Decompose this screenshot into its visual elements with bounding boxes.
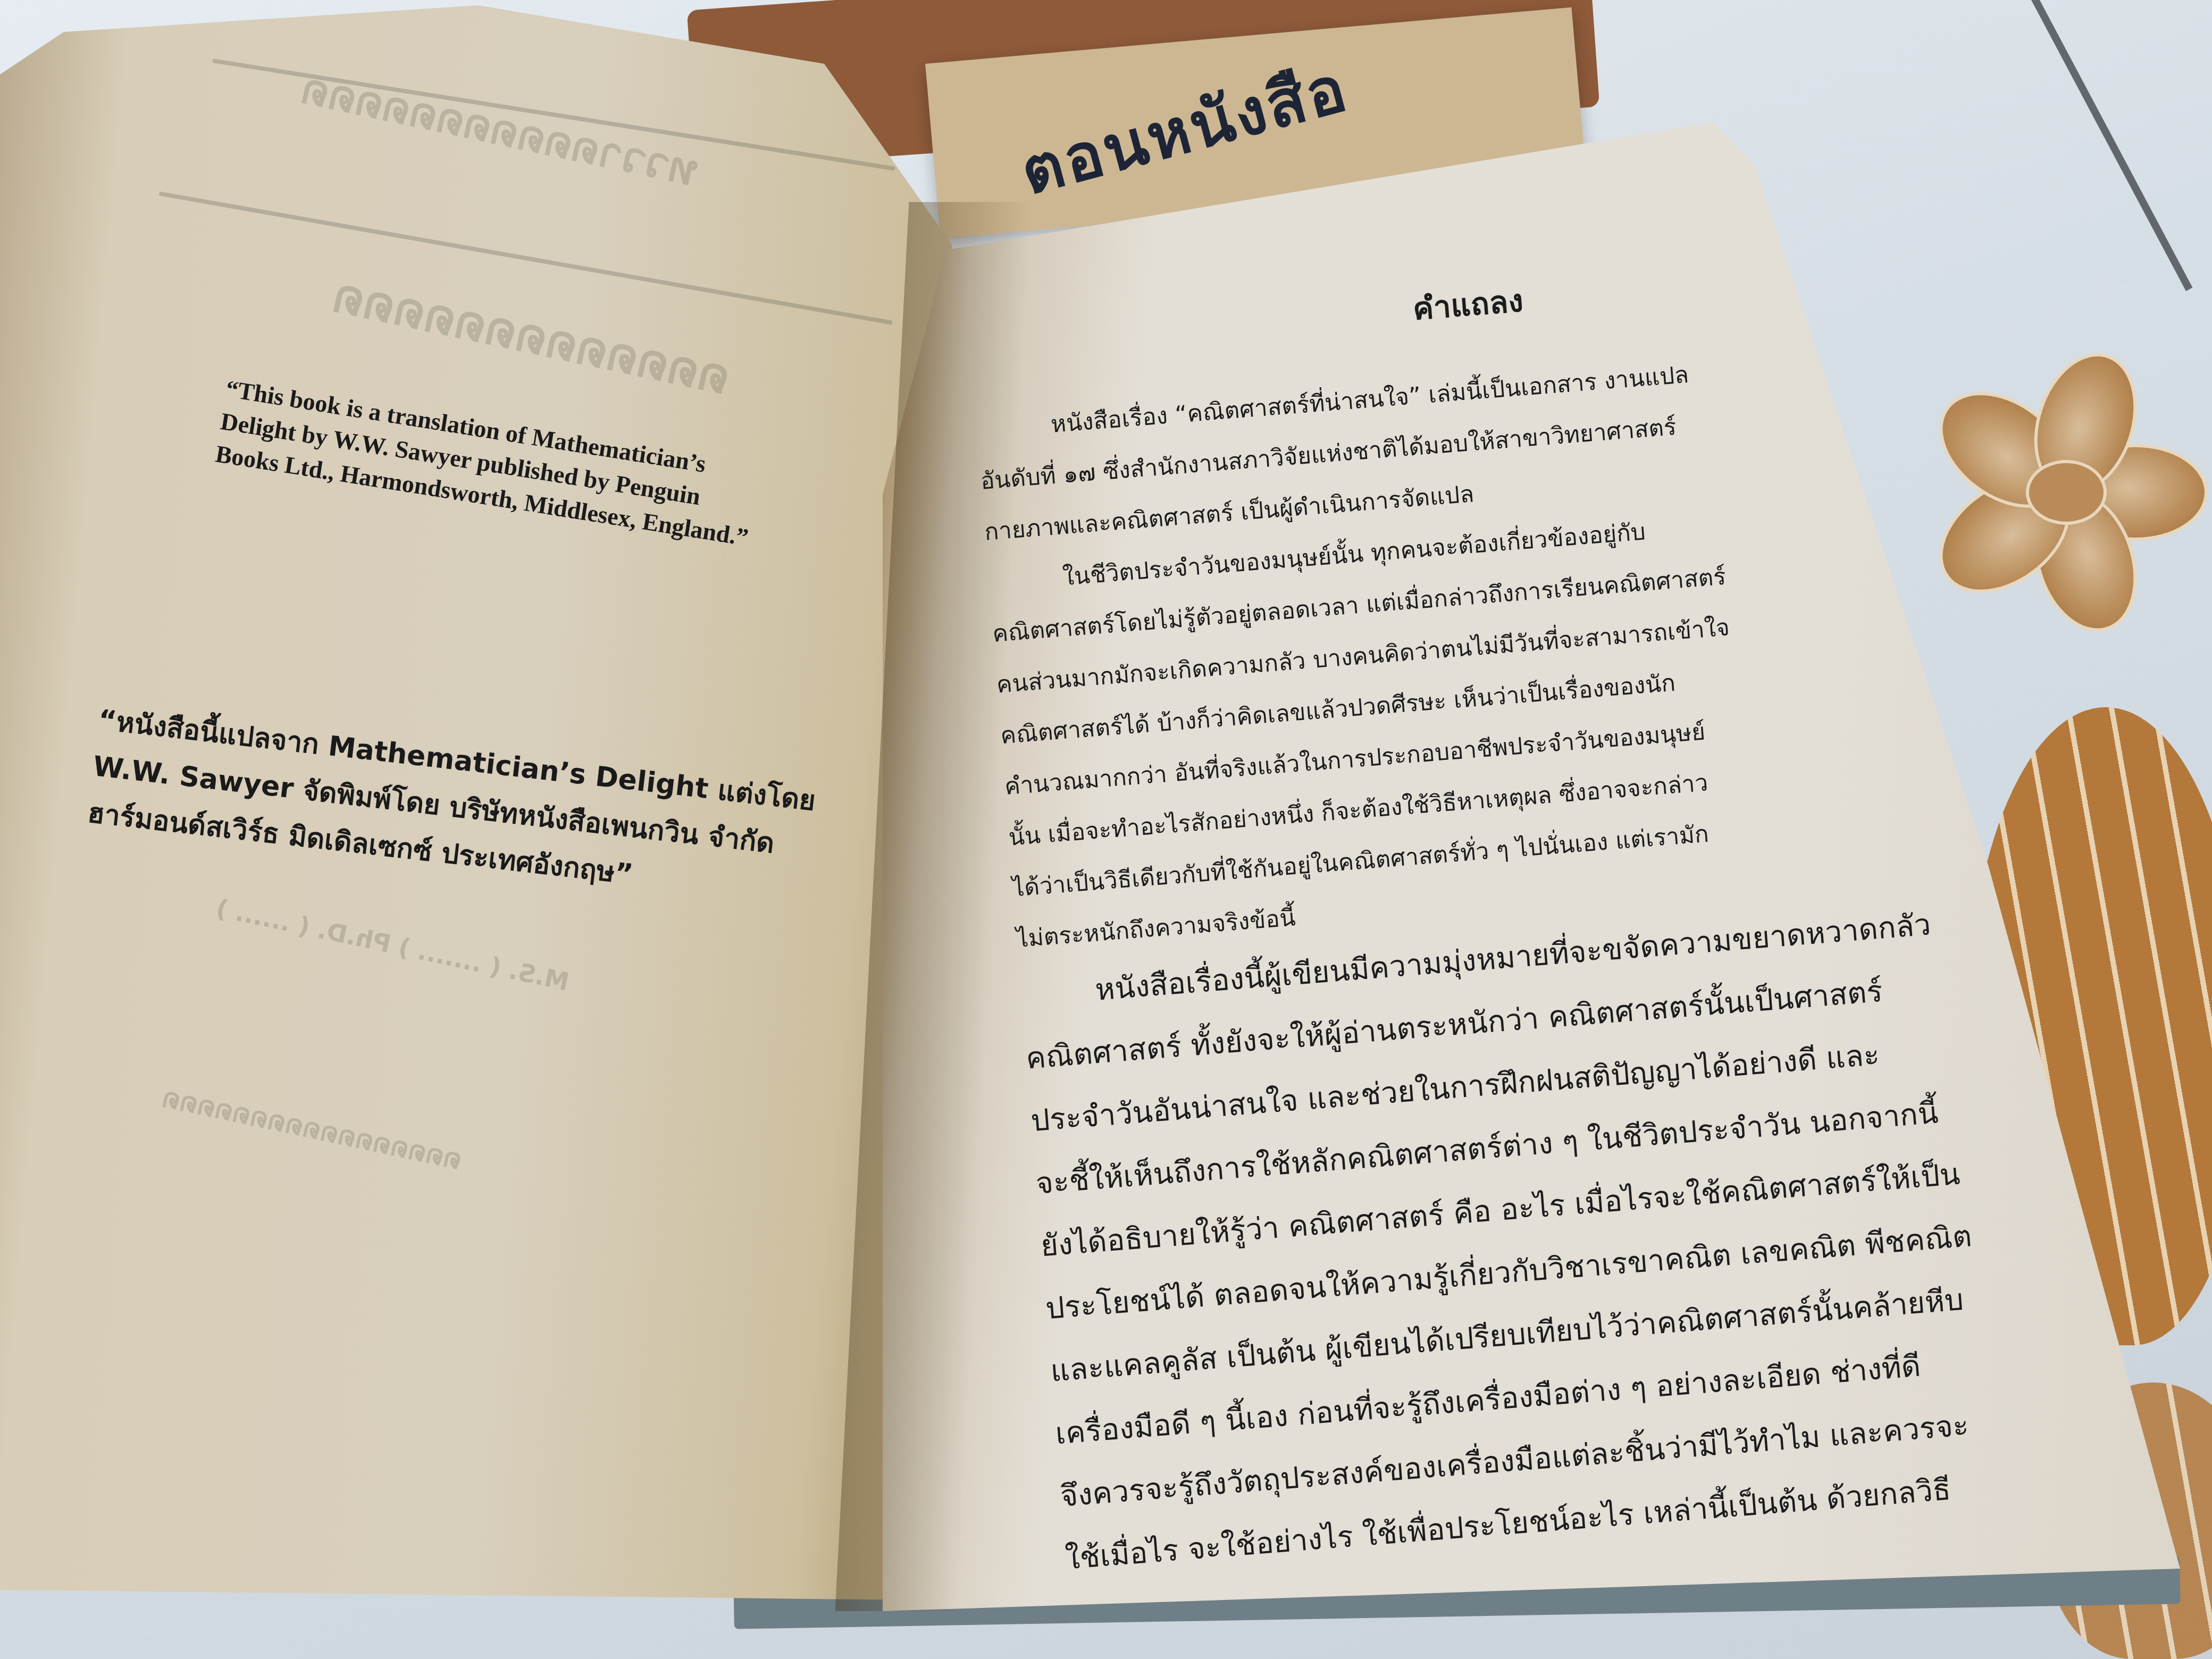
- preface-section: คำแถลง หนังสือเรื่อง “คณิตศาสตร์ที่น่าสน…: [968, 246, 2001, 1591]
- show-through-text: ทววาดดดดดดดดดดด: [295, 54, 704, 204]
- open-book: ทววาดดดดดดดดดดด ดดดดดดดดดดดดด M.S. ( ...…: [0, 0, 2212, 1659]
- show-through-text: ดดดดดดดดดดดดด: [326, 257, 737, 415]
- show-through-text: M.S. ( ....... ) Ph.D. ( ...... ): [214, 893, 572, 996]
- show-through-text: ดดดดดดดดดดดดดดดดด: [158, 1075, 466, 1182]
